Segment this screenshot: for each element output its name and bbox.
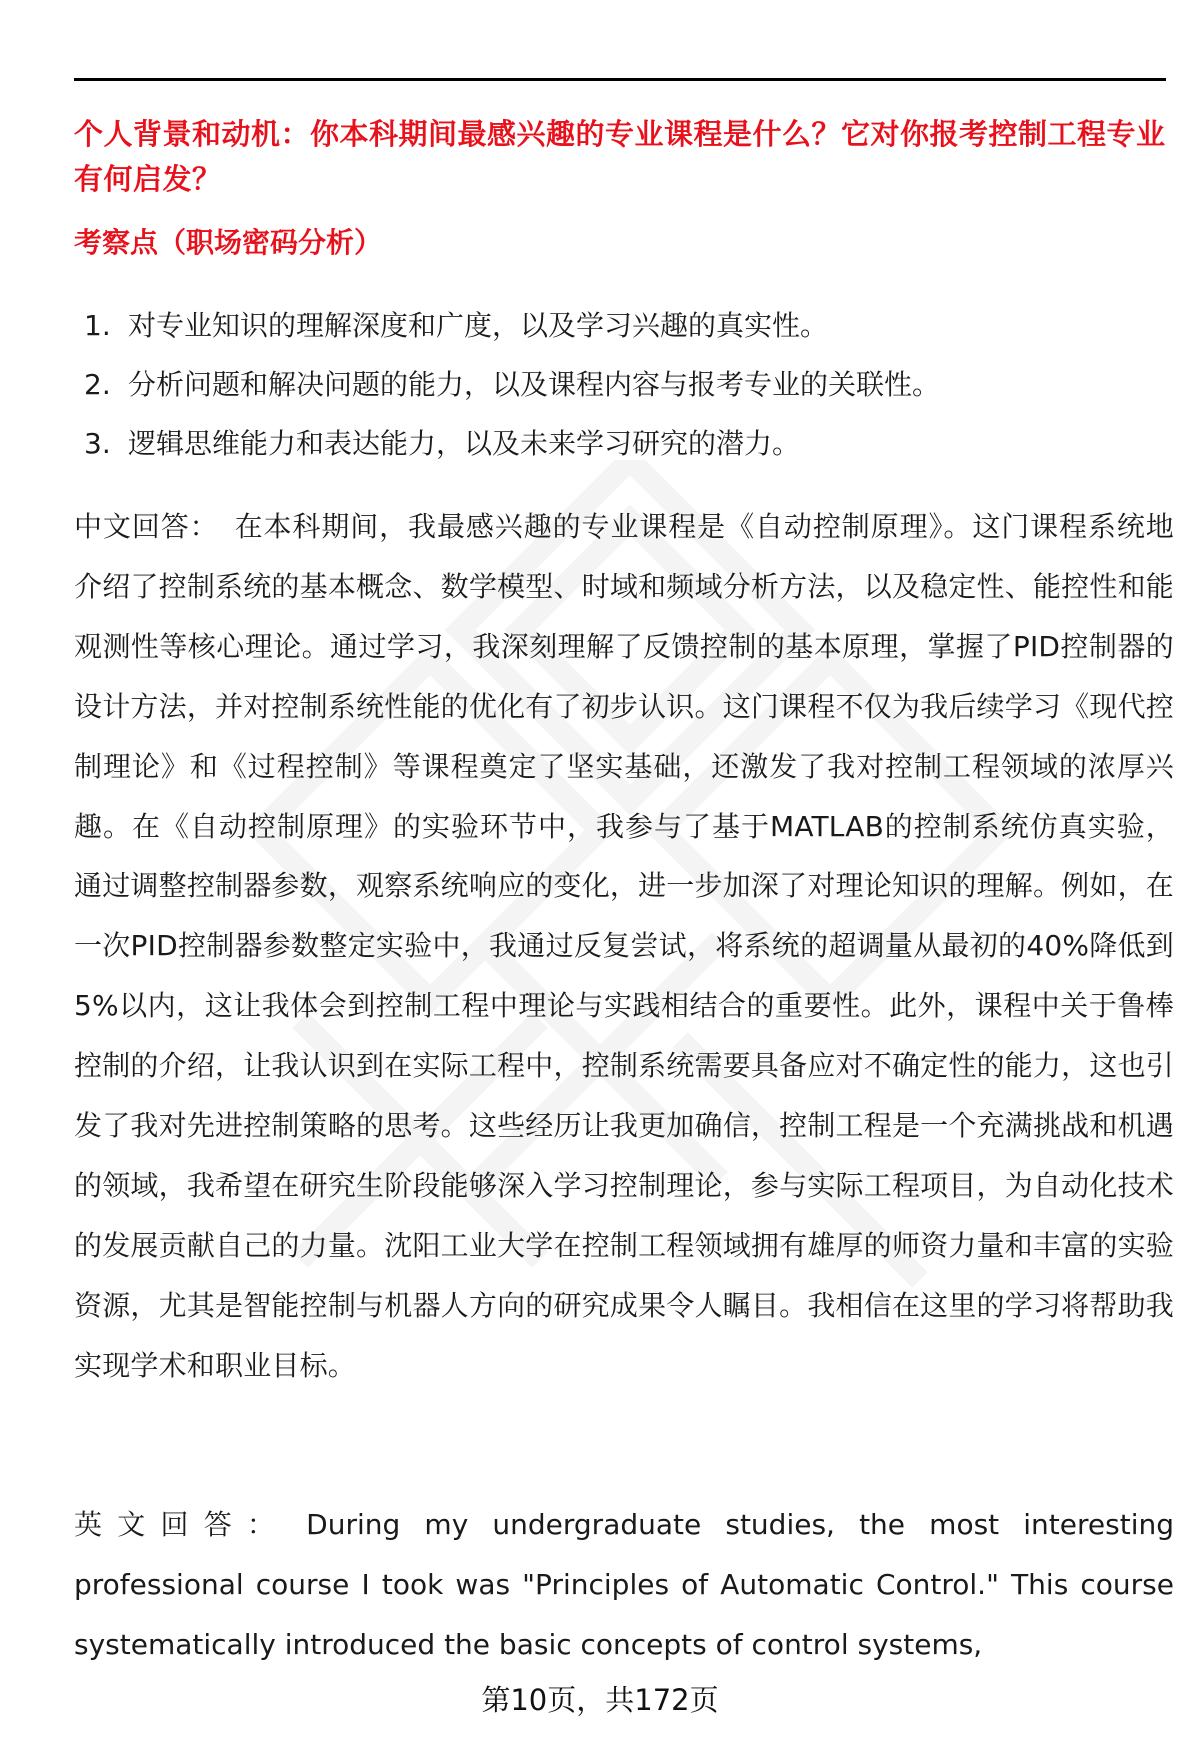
list-item-text: 分析问题和解决问题的能力，以及课程内容与报考专业的关联性。 [128,355,940,414]
list-item: 2. 分析问题和解决问题的能力，以及课程内容与报考专业的关联性。 [84,355,940,414]
list-item: 3. 逻辑思维能力和表达能力，以及未来学习研究的潜力。 [84,414,940,473]
question-heading: 个人背景和动机：你本科期间最感兴趣的专业课程是什么？它对你报考控制工程专业有何启… [74,112,1169,202]
chinese-answer-text: 在本科期间，我最感兴趣的专业课程是《自动控制原理》。这门课程系统地介绍了控制系统… [74,510,1174,1382]
document-page: 个人背景和动机：你本科期间最感兴趣的专业课程是什么？它对你报考控制工程专业有何启… [0,0,1200,1755]
chinese-answer-label: 中文回答： [74,510,219,543]
page-indicator: 第10页，共172页 [0,1680,1200,1720]
chinese-answer-paragraph: 中文回答：在本科期间，我最感兴趣的专业课程是《自动控制原理》。这门课程系统地介绍… [74,497,1174,1396]
english-answer-label: 英文回答： [74,1508,290,1541]
english-answer-paragraph: 英文回答：During my undergraduate studies, th… [74,1495,1174,1675]
assessment-points-list: 1. 对专业知识的理解深度和广度，以及学习兴趣的真实性。 2. 分析问题和解决问… [84,296,940,473]
list-item-number: 2. [84,355,128,414]
list-item-number: 1. [84,296,128,355]
list-item-text: 对专业知识的理解深度和广度，以及学习兴趣的真实性。 [128,296,828,355]
list-item-number: 3. [84,414,128,473]
list-item-text: 逻辑思维能力和表达能力，以及未来学习研究的潜力。 [128,414,800,473]
header-rule [74,78,1166,81]
assessment-heading: 考察点（职场密码分析） [74,222,382,264]
list-item: 1. 对专业知识的理解深度和广度，以及学习兴趣的真实性。 [84,296,940,355]
